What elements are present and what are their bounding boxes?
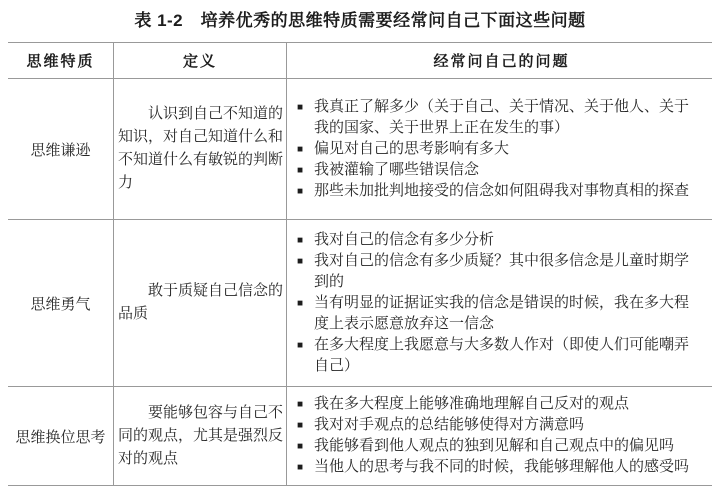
question-item: ■ 当有明显的证据证实我的信念是错误的时候，我在多大程度上表示愿意放弃这一信念: [297, 293, 694, 335]
question-text: 在多大程度上我愿意与大多数人作对（即使人们可能嘲弄自己）: [314, 335, 694, 377]
square-bullet-icon: ■: [297, 436, 314, 457]
question-text: 我能够看到他人观点的独到见解和自己观点中的偏见吗: [314, 436, 674, 457]
square-bullet-icon: ■: [297, 335, 314, 356]
question-text: 我对对手观点的总结能够使得对方满意吗: [314, 415, 584, 436]
square-bullet-icon: ■: [297, 251, 314, 272]
square-bullet-icon: ■: [297, 415, 314, 436]
table-title: 表 1-2 培养优秀的思维特质需要经常问自己下面这些问题: [0, 0, 720, 31]
questions-cell: ■ 我对自己的信念有多少分析 ■ 我对自己的信念有多少质疑？其中很多信念是儿童时…: [286, 220, 712, 386]
question-item: ■ 我在多大程度上能够准确地理解自己反对的观点: [297, 394, 689, 415]
question-text: 我对自己的信念有多少质疑？其中很多信念是儿童时期学到的: [314, 251, 694, 293]
question-item: ■ 那些未加批判地接受的信念如何阻碍我对事物真相的探查: [297, 181, 694, 202]
square-bullet-icon: ■: [297, 181, 314, 202]
question-item: ■ 当他人的思考与我不同的时候，我能够理解他人的感受吗: [297, 457, 689, 478]
question-item: ■ 在多大程度上我愿意与大多数人作对（即使人们可能嘲弄自己）: [297, 335, 694, 377]
thinking-traits-table: 思维特质 定义 经常问自己的问题 思维谦逊 认识到自己不知道的知识，对自己知道什…: [8, 42, 712, 486]
questions-list: ■ 我在多大程度上能够准确地理解自己反对的观点 ■ 我对对手观点的总结能够使得对…: [297, 394, 689, 478]
square-bullet-icon: ■: [297, 293, 314, 314]
table-header-row: 思维特质 定义 经常问自己的问题: [8, 43, 712, 78]
square-bullet-icon: ■: [297, 97, 314, 118]
question-text: 那些未加批判地接受的信念如何阻碍我对事物真相的探查: [314, 181, 689, 202]
table-row-empathy: 思维换位思考 要能够包容与自己不同的观点，尤其是强烈反对的观点 ■ 我在多大程度…: [8, 386, 712, 485]
question-item: ■ 我能够看到他人观点的独到见解和自己观点中的偏见吗: [297, 436, 689, 457]
question-item: ■ 我真正了解多少（关于自己、关于情况、关于他人、关于我的国家、关于世界上正在发…: [297, 97, 694, 139]
table-row-courage: 思维勇气 敢于质疑自己信念的品质 ■ 我对自己的信念有多少分析 ■ 我对自己的信…: [8, 219, 712, 386]
questions-cell: ■ 我在多大程度上能够准确地理解自己反对的观点 ■ 我对对手观点的总结能够使得对…: [286, 387, 712, 485]
question-item: ■ 我对对手观点的总结能够使得对方满意吗: [297, 415, 689, 436]
definition-text: 敢于质疑自己信念的品质: [114, 280, 286, 326]
square-bullet-icon: ■: [297, 160, 314, 181]
question-item: ■ 偏见对自己的思考影响有多大: [297, 139, 694, 160]
square-bullet-icon: ■: [297, 394, 314, 415]
question-item: ■ 我对自己的信念有多少分析: [297, 230, 694, 251]
questions-cell: ■ 我真正了解多少（关于自己、关于情况、关于他人、关于我的国家、关于世界上正在发…: [286, 79, 712, 219]
column-header-definition: 定义: [113, 43, 286, 78]
question-text: 当有明显的证据证实我的信念是错误的时候，我在多大程度上表示愿意放弃这一信念: [314, 293, 694, 335]
question-item: ■ 我被灌输了哪些错误信念: [297, 160, 694, 181]
definition-cell: 认识到自己不知道的知识，对自己知道什么和不知道什么有敏锐的判断力: [113, 79, 286, 219]
question-item: ■ 我对自己的信念有多少质疑？其中很多信念是儿童时期学到的: [297, 251, 694, 293]
definition-cell: 敢于质疑自己信念的品质: [113, 220, 286, 386]
question-text: 我在多大程度上能够准确地理解自己反对的观点: [314, 394, 629, 415]
definition-text: 认识到自己不知道的知识，对自己知道什么和不知道什么有敏锐的判断力: [114, 103, 286, 195]
column-header-questions: 经常问自己的问题: [286, 43, 712, 78]
trait-cell: 思维勇气: [8, 220, 113, 386]
trait-cell: 思维换位思考: [8, 387, 113, 485]
column-header-trait: 思维特质: [8, 43, 113, 78]
trait-cell: 思维谦逊: [8, 79, 113, 219]
square-bullet-icon: ■: [297, 230, 314, 251]
table-row-humility: 思维谦逊 认识到自己不知道的知识，对自己知道什么和不知道什么有敏锐的判断力 ■ …: [8, 78, 712, 219]
question-text: 我真正了解多少（关于自己、关于情况、关于他人、关于我的国家、关于世界上正在发生的…: [314, 97, 694, 139]
book-page: 表 1-2 培养优秀的思维特质需要经常问自己下面这些问题 思维特质 定义 经常问…: [0, 0, 720, 486]
questions-list: ■ 我真正了解多少（关于自己、关于情况、关于他人、关于我的国家、关于世界上正在发…: [297, 97, 694, 202]
questions-list: ■ 我对自己的信念有多少分析 ■ 我对自己的信念有多少质疑？其中很多信念是儿童时…: [297, 230, 694, 377]
square-bullet-icon: ■: [297, 139, 314, 160]
definition-text: 要能够包容与自己不同的观点，尤其是强烈反对的观点: [114, 402, 286, 471]
question-text: 偏见对自己的思考影响有多大: [314, 139, 509, 160]
question-text: 我被灌输了哪些错误信念: [314, 160, 479, 181]
question-text: 我对自己的信念有多少分析: [314, 230, 494, 251]
question-text: 当他人的思考与我不同的时候，我能够理解他人的感受吗: [314, 457, 689, 478]
square-bullet-icon: ■: [297, 457, 314, 478]
definition-cell: 要能够包容与自己不同的观点，尤其是强烈反对的观点: [113, 387, 286, 485]
